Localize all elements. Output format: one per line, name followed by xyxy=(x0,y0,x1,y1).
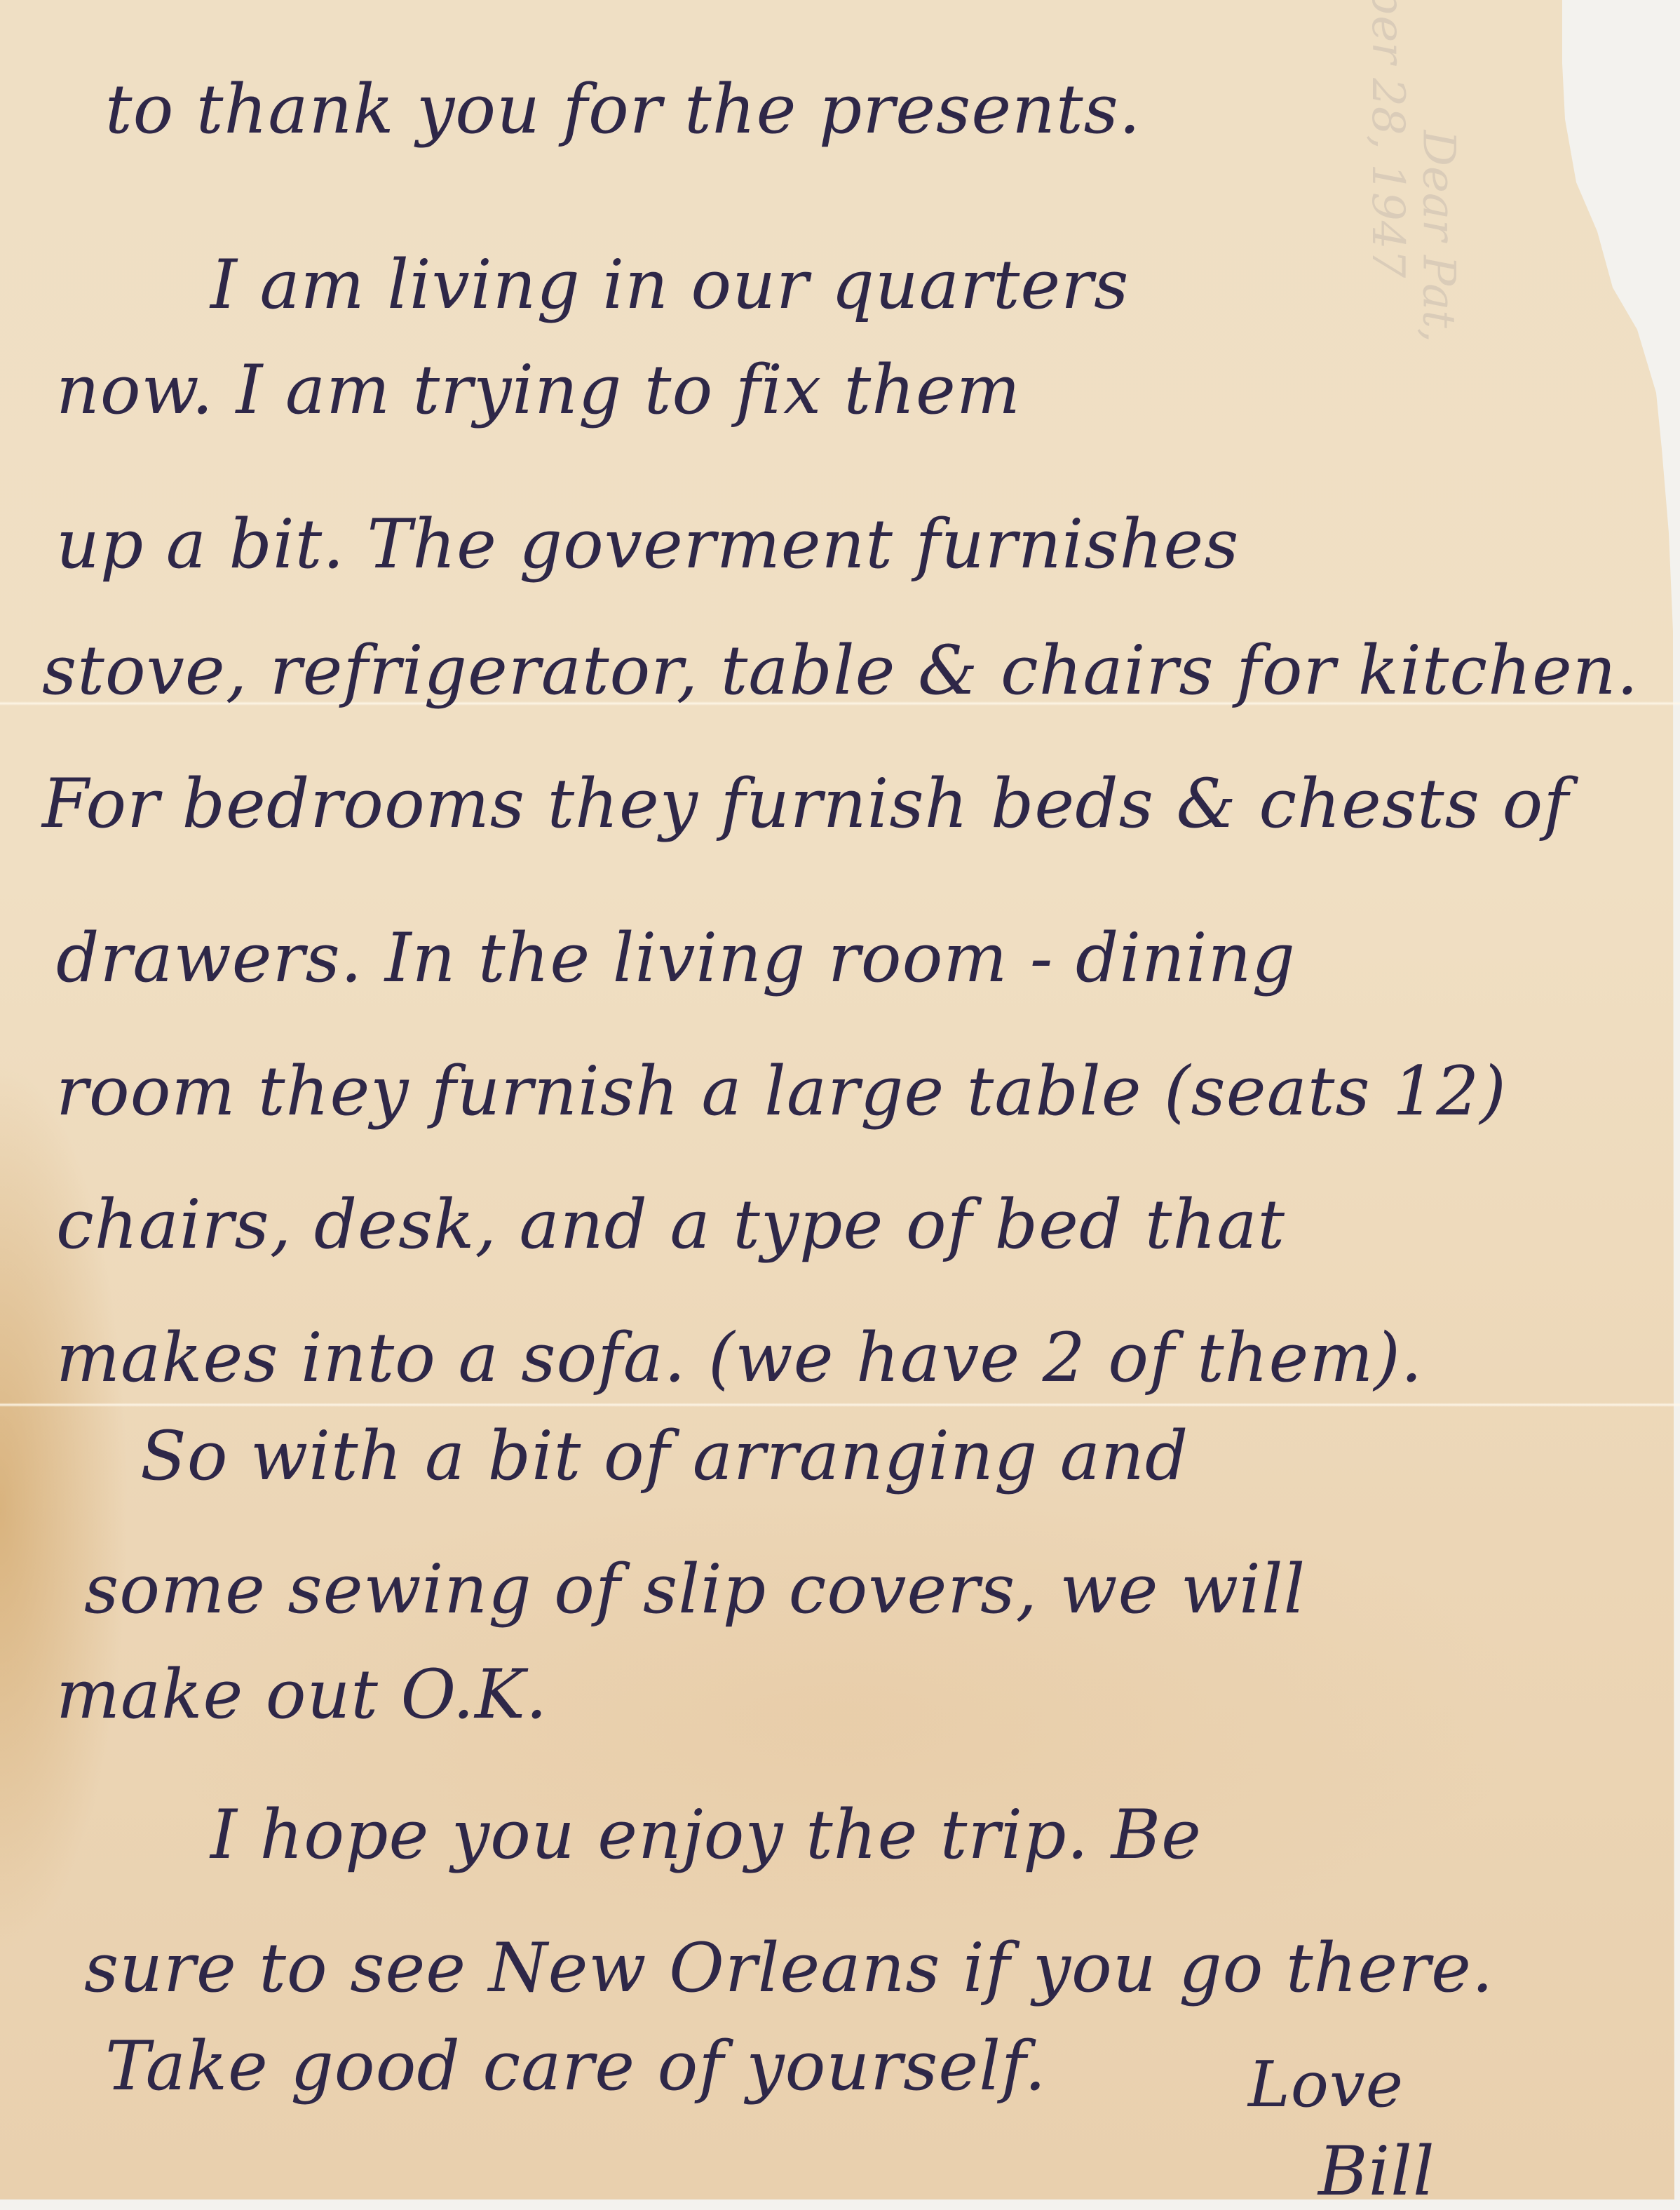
letter-line: So with a bit of arranging and xyxy=(140,1417,1188,1495)
letter-line: now. I am trying to fix them xyxy=(56,351,1021,429)
letter-page: December 28, 1947 Dear Pat, to thank you… xyxy=(0,0,1680,2210)
letter-line: drawers. In the living room - dining xyxy=(56,919,1296,997)
letter-line: make out O.K. xyxy=(56,1655,548,1734)
letter-line: chairs, desk, and a type of bed that xyxy=(56,1185,1285,1264)
letter-line: Take good care of yourself. xyxy=(105,2027,1047,2105)
signature: Bill xyxy=(1318,2132,1435,2210)
letter-line: some sewing of slip covers, we will xyxy=(84,1550,1306,1629)
letter-line: makes into a sofa. (we have 2 of them). xyxy=(56,1319,1423,1397)
fold-crease xyxy=(0,1403,1680,1407)
letter-line: stove, refrigerator, table & chairs for … xyxy=(42,631,1639,710)
bleed-through-date: December 28, 1947 xyxy=(1362,0,1414,278)
letter-line: I am living in our quarters xyxy=(210,245,1129,324)
bleed-through-salutation: Dear Pat, xyxy=(1412,130,1464,343)
letter-line: sure to see New Orleans if you go there. xyxy=(84,1929,1493,2007)
letter-line: For bedrooms they furnish beds & chests … xyxy=(42,764,1569,843)
closing: Love xyxy=(1248,2048,1404,2122)
letter-line: I hope you enjoy the trip. Be xyxy=(210,1795,1202,1874)
letter-line: to thank you for the presents. xyxy=(105,70,1141,149)
letter-line: room they furnish a large table (seats 1… xyxy=(56,1052,1507,1131)
letter-line: up a bit. The goverment furnishes xyxy=(56,505,1239,584)
